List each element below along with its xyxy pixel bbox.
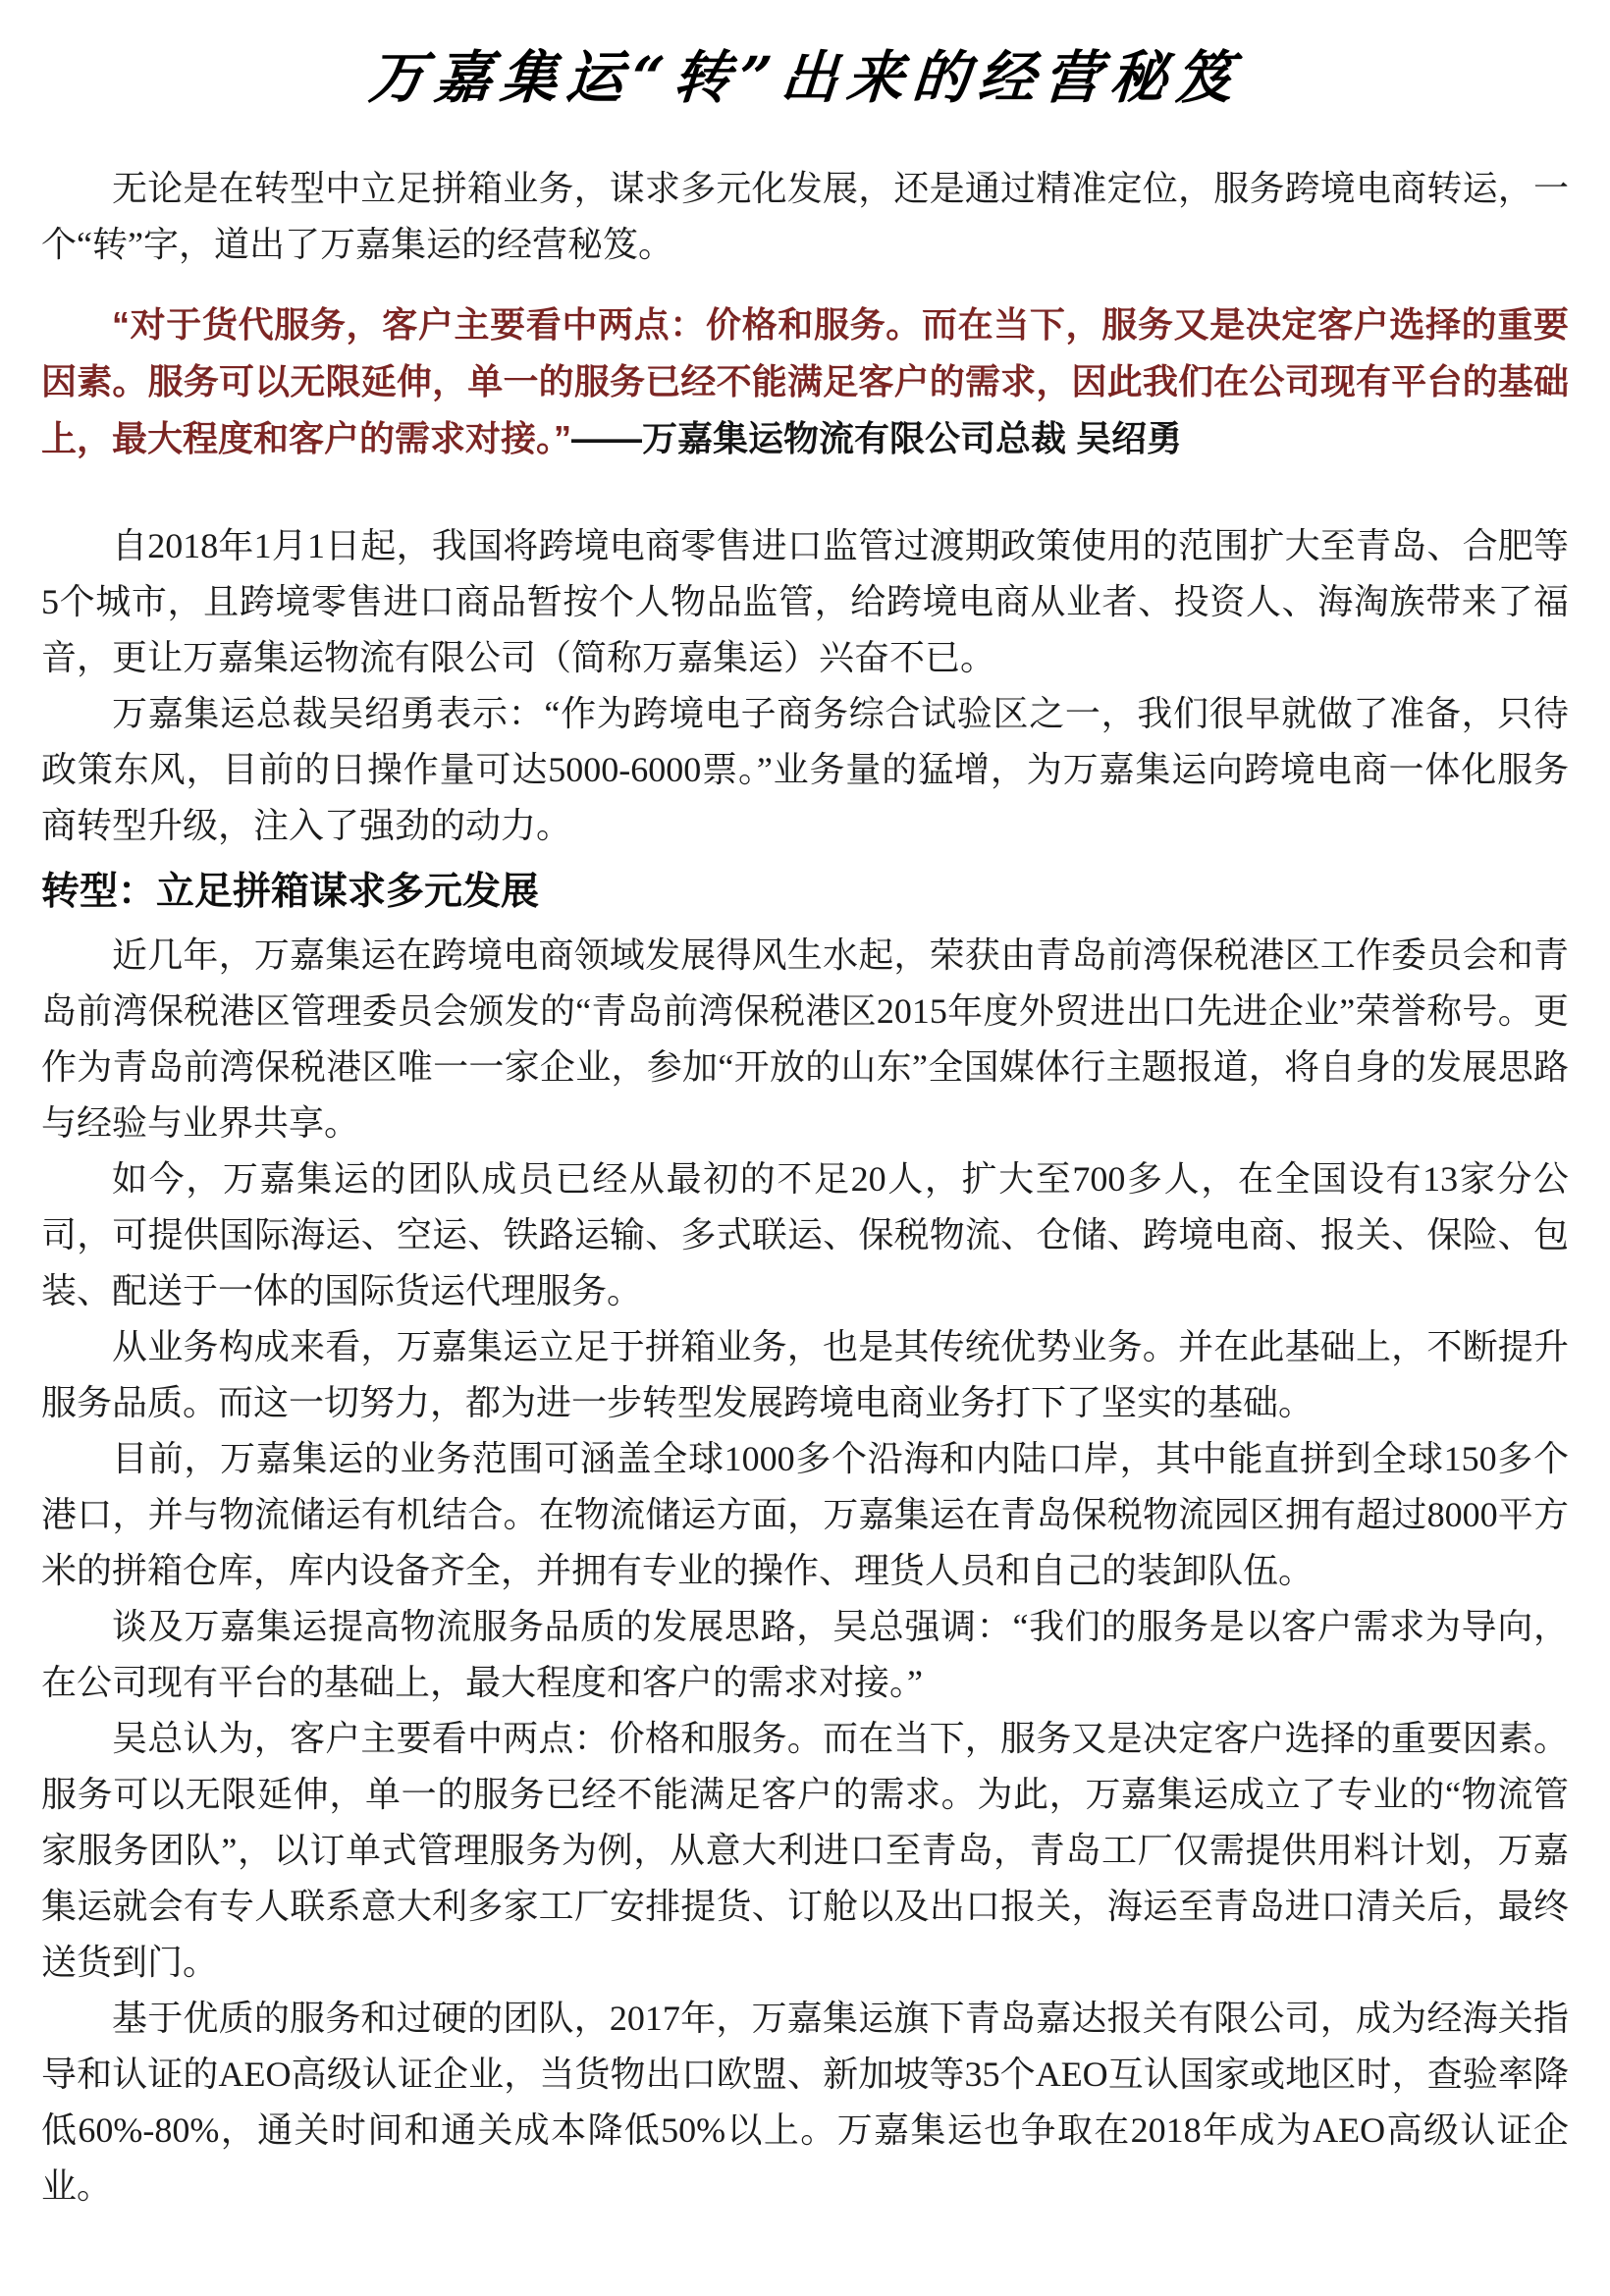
quote-attribution: ——万嘉集运物流有限公司总裁 吴绍勇 [571, 418, 1182, 458]
document-page: 万嘉集运“转”出来的经营秘笈 无论是在转型中立足拼箱业务，谋求多元化发展，还是通… [0, 0, 1610, 2296]
pull-quote: “对于货代服务，客户主要看中两点：价格和服务。而在当下，服务又是决定客户选择的重… [41, 296, 1569, 467]
paragraph: 自2018年1月1日起，我国将跨境电商零售进口监管过渡期政策使用的范围扩大至青岛… [41, 518, 1569, 686]
paragraph: 近几年，万嘉集运在跨境电商领域发展得风生水起，荣获由青岛前湾保税港区工作委员会和… [41, 928, 1569, 1151]
article-title: 万嘉集运“转”出来的经营秘笈 [38, 39, 1571, 116]
paragraph: 从业务构成来看，万嘉集运立足于拼箱业务，也是其传统优势业务。并在此基础上，不断提… [41, 1319, 1569, 1431]
paragraph: 如今，万嘉集运的团队成员已经从最初的不足20人，扩大至700多人，在全国设有13… [41, 1151, 1569, 1319]
intro-paragraph: 无论是在转型中立足拼箱业务，谋求多元化发展，还是通过精准定位，服务跨境电商转运，… [41, 161, 1569, 273]
paragraph: 万嘉集运总裁吴绍勇表示：“作为跨境电子商务综合试验区之一，我们很早就做了准备，只… [41, 686, 1569, 854]
paragraph: 目前，万嘉集运的业务范围可涵盖全球1000多个沿海和内陆口岸，其中能直拼到全球1… [41, 1431, 1569, 1599]
paragraph: 谈及万嘉集运提高物流服务品质的发展思路，吴总强调：“我们的服务是以客户需求为导向… [41, 1599, 1569, 1711]
paragraph: 吴总认为，客户主要看中两点：价格和服务。而在当下，服务又是决定客户选择的重要因素… [41, 1711, 1569, 1991]
section-heading: 转型：立足拼箱谋求多元发展 [41, 868, 1569, 918]
paragraph: 基于优质的服务和过硬的团队，2017年，万嘉集运旗下青岛嘉达报关有限公司，成为经… [41, 1991, 1569, 2215]
